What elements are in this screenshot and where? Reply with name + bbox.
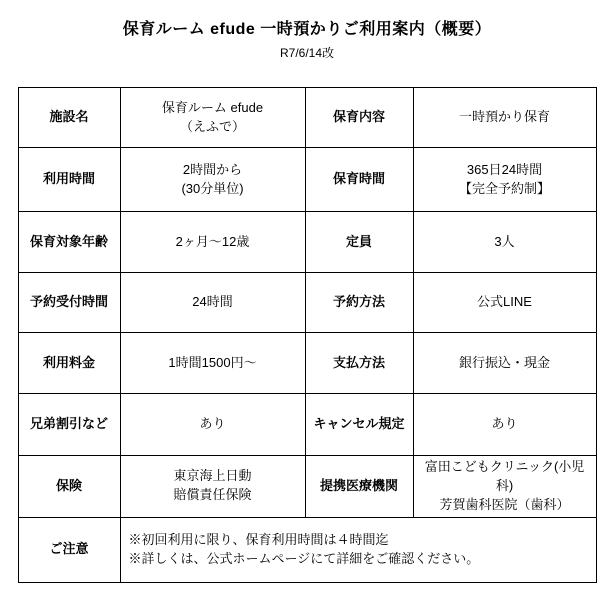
row-value-target-age: 2ヶ月～12歳 [120,212,305,273]
row-label-reservation-method: 予約方法 [305,273,413,333]
info-table: 施設名 保育ルーム efude （えふで） 保育内容 一時預かり保育 利用時間 … [18,87,597,583]
row-value-capacity: 3人 [413,212,596,273]
row-value-facility-name: 保育ルーム efude （えふで） [120,88,305,148]
row-value-care-content: 一時預かり保育 [413,88,596,148]
row-value-cancellation-policy: あり [413,394,596,456]
row-label-sibling-discount: 兄弟割引など [18,394,120,456]
table-row: 利用料金 1時間1500円～ 支払方法 銀行振込・現金 [18,333,596,394]
row-value-partner-medical: 富田こどもクリニック(小児科) 芳賀歯科医院（歯科） [413,456,596,518]
row-value-care-hours: 365日24時間 【完全予約制】 [413,148,596,212]
row-label-notes: ご注意 [18,517,120,582]
table-row: 保育対象年齢 2ヶ月～12歳 定員 3人 [18,212,596,273]
table-row: 利用時間 2時間から (30分単位) 保育時間 365日24時間 【完全予約制】 [18,148,596,212]
row-value-reservation-method: 公式LINE [413,273,596,333]
row-label-usage-hours: 利用時間 [18,148,120,212]
row-value-reservation-hours: 24時間 [120,273,305,333]
table-row: 施設名 保育ルーム efude （えふで） 保育内容 一時預かり保育 [18,88,596,148]
row-label-capacity: 定員 [305,212,413,273]
table-row: 予約受付時間 24時間 予約方法 公式LINE [18,273,596,333]
document-page: 保育ルーム efude 一時預かりご利用案内（概要） R7/6/14改 施設名 … [0,0,614,590]
row-label-reservation-hours: 予約受付時間 [18,273,120,333]
row-label-cancellation-policy: キャンセル規定 [305,394,413,456]
page-title: 保育ルーム efude 一時預かりご利用案内（概要） [0,0,614,39]
note-row: ご注意 ※初回利用に限り、保育利用時間は４時間迄 ※詳しくは、公式ホームページに… [18,517,596,582]
table-row: 保険 東京海上日動 賠償責任保険 提携医療機関 富田こどもクリニック(小児科) … [18,456,596,518]
row-label-facility-name: 施設名 [18,88,120,148]
row-value-insurance: 東京海上日動 賠償責任保険 [120,456,305,518]
row-label-payment-method: 支払方法 [305,333,413,394]
row-label-insurance: 保険 [18,456,120,518]
row-label-fee: 利用料金 [18,333,120,394]
row-value-sibling-discount: あり [120,394,305,456]
table-row: 兄弟割引など あり キャンセル規定 あり [18,394,596,456]
row-value-fee: 1時間1500円～ [120,333,305,394]
note-text: ※初回利用に限り、保育利用時間は４時間迄 ※詳しくは、公式ホームページにて詳細を… [120,517,596,582]
row-label-partner-medical: 提携医療機関 [305,456,413,518]
row-label-care-hours: 保育時間 [305,148,413,212]
row-label-target-age: 保育対象年齢 [18,212,120,273]
revision-date: R7/6/14改 [0,44,614,61]
row-value-payment-method: 銀行振込・現金 [413,333,596,394]
row-label-care-content: 保育内容 [305,88,413,148]
row-value-usage-hours: 2時間から (30分単位) [120,148,305,212]
